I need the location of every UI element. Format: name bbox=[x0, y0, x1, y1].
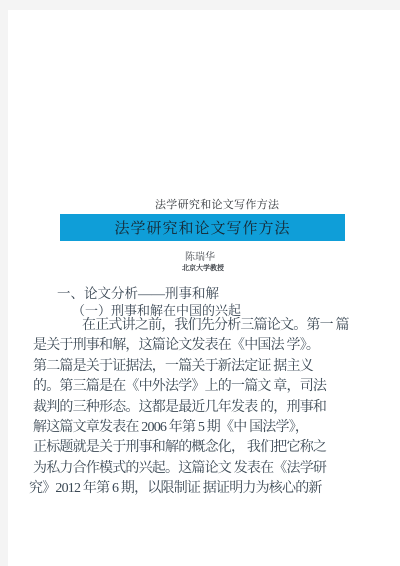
body-line: 的。第三篇是在《中外法学》上的一篇文 章，司法 bbox=[33, 377, 383, 397]
document-viewport: 法学研究和论文写作方法 法学研究和论文写作方法 陈瑞华 北京大学教授 一、论文分… bbox=[0, 0, 400, 566]
body-line: 为私力合作模式的兴起。这篇论文 发表在《法学研 bbox=[33, 459, 383, 479]
body-line: 裁判的三种形态。这都是最近几年发表 的，刑事和 bbox=[33, 398, 383, 418]
body-line: 究》2012 年第 6 期，以限制证 据证明力为核心的新 bbox=[29, 479, 383, 499]
body-line: 在正式讲之前，我们先分析三篇论文。第一 篇 bbox=[33, 316, 383, 336]
running-title: 法学研究和论文写作方法 bbox=[155, 196, 279, 212]
body-line: 解这篇文章发表在 2006 年第 5 期《中 国法学》， bbox=[33, 418, 383, 438]
body-line: 第二篇是关于证据法，一篇关于新法定证 据主义 bbox=[33, 357, 383, 377]
body-line: 正标题就是关于刑事和解的概念化， 我们把它称之 bbox=[33, 438, 383, 458]
body-line: 是关于刑事和解，这篇论文发表在《中国法 学》。 bbox=[33, 336, 383, 356]
body-paragraph: 在正式讲之前，我们先分析三篇论文。第一 篇 是关于刑事和解，这篇论文发表在《中国… bbox=[33, 316, 383, 500]
title-banner-text: 法学研究和论文写作方法 bbox=[114, 217, 290, 238]
title-banner: 法学研究和论文写作方法 bbox=[60, 214, 345, 241]
section-heading: 一、论文分析——刑事和解 bbox=[57, 282, 219, 302]
author-name: 陈瑞华 bbox=[0, 248, 400, 263]
author-affiliation: 北京大学教授 bbox=[0, 263, 400, 273]
